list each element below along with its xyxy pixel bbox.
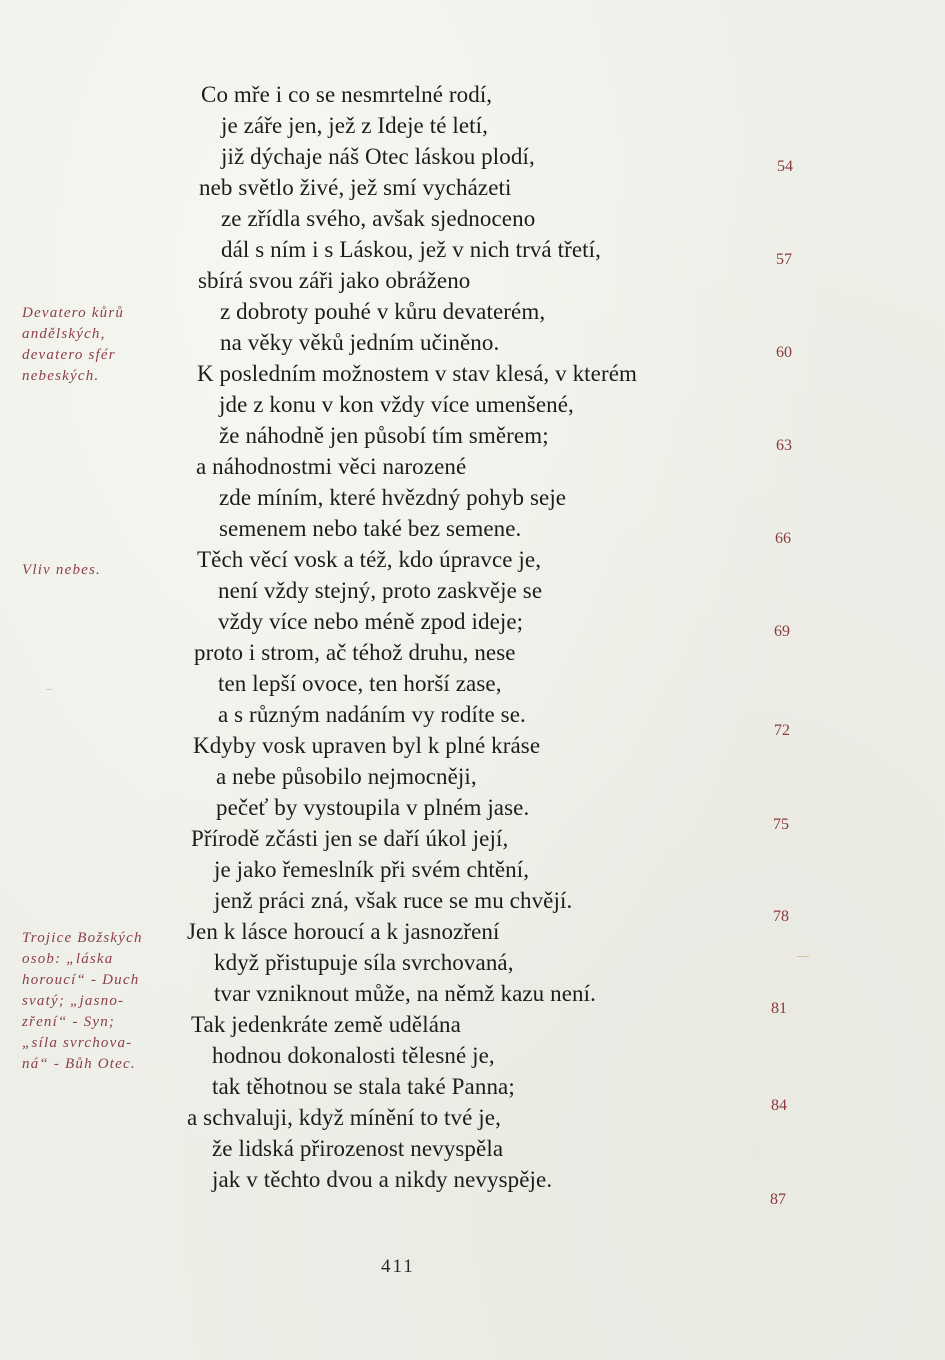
verse-line: a nebe působilo nejmocněji, [216, 763, 477, 791]
verse-line: vždy více nebo méně zpod ideje; [218, 608, 523, 636]
paper-speck [797, 956, 809, 957]
verse-line: a s různým nadáním vy rodíte se. [218, 701, 526, 729]
line-number: 57 [776, 250, 792, 270]
page-number: 411 [381, 1256, 415, 1278]
verse-line: ze zřídla svého, avšak sjednoceno [221, 205, 535, 233]
line-number: 78 [773, 907, 789, 927]
verse-line: jak v těchto dvou a nikdy nevyspěje. [212, 1166, 552, 1194]
verse-line: když přistupuje síla svrchovaná, [214, 949, 514, 977]
line-number: 69 [774, 622, 790, 642]
verse-line: tak těhotnou se stala také Panna; [212, 1073, 515, 1101]
verse-line: na věky věků jedním učiněno. [220, 329, 499, 357]
verse-line: sbírá svou záři jako obráženo [198, 267, 470, 295]
verse-line: semenem nebo také bez semene. [219, 515, 521, 543]
verse-line: K posledním možnostem v stav klesá, v kt… [197, 360, 637, 388]
verse-line: Co mře i co se nesmrtelné rodí, [201, 81, 492, 109]
verse-line: již dýchaje náš Otec láskou plodí, [221, 143, 535, 171]
verse-line: z dobroty pouhé v kůru devaterém, [220, 298, 545, 326]
verse-line: Jen k lásce horoucí a k jasnozření [187, 918, 500, 946]
verse-line: zde míním, které hvězdný pohyb seje [219, 484, 566, 512]
line-number: 60 [776, 343, 792, 363]
line-number: 63 [776, 436, 792, 456]
line-number: 87 [770, 1190, 786, 1210]
verse-line: Těch věcí vosk a též, kdo úpravce je, [197, 546, 541, 574]
gloss-holy-trinity: Trojice Božských osob: „láska horoucí“ -… [22, 928, 143, 1075]
verse-line: hodnou dokonalosti tělesné je, [212, 1042, 495, 1070]
verse-line: neb světlo živé, jež smí vycházeti [199, 174, 512, 202]
verse-line: dál s ním i s Láskou, jež v nich trvá tř… [221, 236, 601, 264]
gloss-heavens-influence: Vliv nebes. [22, 560, 101, 581]
verse-line: není vždy stejný, proto zaskvěje se [218, 577, 542, 605]
verse-line: ten lepší ovoce, ten horší zase, [218, 670, 502, 698]
line-number: 54 [777, 157, 793, 177]
line-number: 84 [771, 1096, 787, 1116]
paper-speck [46, 689, 52, 690]
book-page: Co mře i co se nesmrtelné rodí, je záře … [0, 0, 945, 1360]
verse-line: je záře jen, jež z Ideje té letí, [221, 112, 488, 140]
verse-line: jde z konu v kon vždy více umenšené, [219, 391, 574, 419]
verse-line: proto i strom, ač téhož druhu, nese [194, 639, 516, 667]
verse-line: a náhodnostmi věci narozené [196, 453, 466, 481]
gloss-angelic-choirs: Devatero kůrů andělských, devatero sfér … [22, 303, 124, 387]
verse-line: jenž práci zná, však ruce se mu chvějí. [214, 887, 572, 915]
verse-line: je jako řemeslník při svém chtění, [214, 856, 529, 884]
verse-line: pečeť by vystoupila v plném jase. [216, 794, 529, 822]
line-number: 75 [773, 815, 789, 835]
line-number: 66 [775, 529, 791, 549]
verse-line: a schvaluji, když mínění to tvé je, [187, 1104, 501, 1132]
verse-line: že náhodně jen působí tím směrem; [219, 422, 549, 450]
verse-line: že lidská přirozenost nevyspěla [212, 1135, 503, 1163]
verse-line: tvar vzniknout může, na němž kazu není. [214, 980, 596, 1008]
verse-line: Kdyby vosk upraven byl k plné kráse [193, 732, 540, 760]
line-number: 72 [774, 721, 790, 741]
verse-line: Tak jedenkráte země udělána [191, 1011, 461, 1039]
verse-line: Přírodě zčásti jen se daří úkol její, [191, 825, 508, 853]
line-number: 81 [771, 999, 787, 1019]
